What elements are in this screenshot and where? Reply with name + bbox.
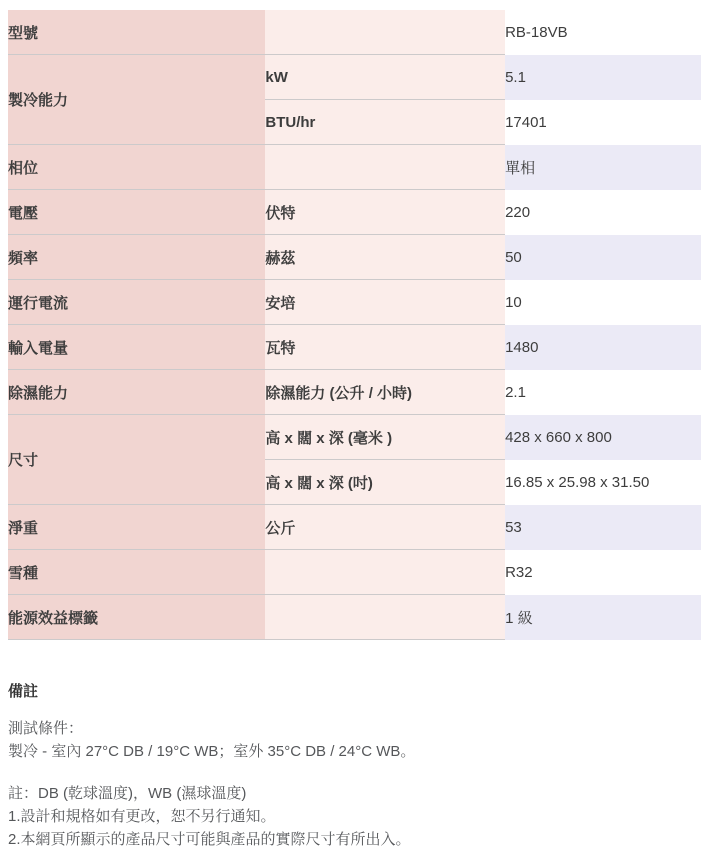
spec-value-refrigerant: R32 (505, 550, 701, 595)
spec-value-dimensions-mm: 428 x 660 x 800 (505, 415, 701, 460)
spec-row-voltage: 電壓 伏特 220 (8, 190, 701, 235)
spec-unit-btu: BTU/hr (265, 100, 505, 145)
spec-value-dimensions-inch: 16.85 x 25.98 x 31.50 (505, 460, 701, 505)
spec-label-cooling-capacity: 製冷能力 (8, 55, 265, 145)
spec-unit-hertz: 赫茲 (265, 235, 505, 280)
spec-row-running-current: 運行電流 安培 10 (8, 280, 701, 325)
spec-unit-phase (265, 145, 505, 190)
spec-value-voltage: 220 (505, 190, 701, 235)
spec-unit-dimensions-inch: 高 x 闊 x 深 (吋) (265, 460, 505, 505)
spec-row-frequency: 頻率 赫茲 50 (8, 235, 701, 280)
product-spec-page: 型號 RB-18VB 製冷能力 kW 5.1 BTU/hr 17401 相位 單… (0, 0, 717, 847)
notes-section: 備註 測試條件： 製冷 - 室內 27°C DB / 19°C WB；室外 35… (8, 680, 717, 847)
spec-value-power-input: 1480 (505, 325, 701, 370)
spec-row-refrigerant: 雪種 R32 (8, 550, 701, 595)
spec-row-model: 型號 RB-18VB (8, 10, 701, 55)
spec-unit-ampere: 安培 (265, 280, 505, 325)
spec-table: 型號 RB-18VB 製冷能力 kW 5.1 BTU/hr 17401 相位 單… (8, 10, 701, 640)
spec-value-cooling-kw: 5.1 (505, 55, 701, 100)
spec-label-energy-label: 能源效益標籤 (8, 595, 265, 640)
spec-unit-refrigerant (265, 550, 505, 595)
spec-unit-kw: kW (265, 55, 505, 100)
test-conditions-block: 測試條件： 製冷 - 室內 27°C DB / 19°C WB；室外 35°C … (8, 717, 717, 763)
remarks-block: 註：DB (乾球溫度)，WB (濕球溫度) 1.設計和規格如有更改，恕不另行通知… (8, 782, 717, 847)
spec-label-phase: 相位 (8, 145, 265, 190)
spec-row-cooling-capacity-kw: 製冷能力 kW 5.1 (8, 55, 701, 100)
test-conditions-detail: 製冷 - 室內 27°C DB / 19°C WB；室外 35°C DB / 2… (8, 740, 717, 763)
spec-value-frequency: 50 (505, 235, 701, 280)
spec-value-net-weight: 53 (505, 505, 701, 550)
spec-label-dehumidifying: 除濕能力 (8, 370, 265, 415)
spec-row-dehumidifying: 除濕能力 除濕能力 (公升 / 小時) 2.1 (8, 370, 701, 415)
spec-unit-litre-per-hour: 除濕能力 (公升 / 小時) (265, 370, 505, 415)
spec-label-voltage: 電壓 (8, 190, 265, 235)
spec-unit-dimensions-mm: 高 x 闊 x 深 (毫米 ) (265, 415, 505, 460)
spec-row-dimensions-mm: 尺寸 高 x 闊 x 深 (毫米 ) 428 x 660 x 800 (8, 415, 701, 460)
remark-dimensions-disclaimer: 2.本網頁所顯示的產品尺寸可能與產品的實際尺寸有所出入。 (8, 828, 717, 847)
test-conditions-heading: 測試條件： (8, 717, 717, 740)
remark-spec-change: 1.設計和規格如有更改，恕不另行通知。 (8, 805, 717, 828)
spec-value-running-current: 10 (505, 280, 701, 325)
spec-value-cooling-btu: 17401 (505, 100, 701, 145)
spec-unit-energy-label (265, 595, 505, 640)
spec-label-net-weight: 淨重 (8, 505, 265, 550)
spec-row-energy-label: 能源效益標籤 1 級 (8, 595, 701, 640)
spec-label-running-current: 運行電流 (8, 280, 265, 325)
spec-unit-model (265, 10, 505, 55)
notes-title: 備註 (8, 680, 717, 701)
spec-unit-kg: 公斤 (265, 505, 505, 550)
remark-db-wb: 註：DB (乾球溫度)，WB (濕球溫度) (8, 782, 717, 805)
spec-value-phase: 單相 (505, 145, 701, 190)
spec-row-power-input: 輸入電量 瓦特 1480 (8, 325, 701, 370)
spec-row-net-weight: 淨重 公斤 53 (8, 505, 701, 550)
spec-label-model: 型號 (8, 10, 265, 55)
spec-value-model: RB-18VB (505, 10, 701, 55)
spec-label-power-input: 輸入電量 (8, 325, 265, 370)
spec-unit-volts: 伏特 (265, 190, 505, 235)
spec-label-dimensions: 尺寸 (8, 415, 265, 505)
spec-label-refrigerant: 雪種 (8, 550, 265, 595)
spec-value-energy-label: 1 級 (505, 595, 701, 640)
spec-label-frequency: 頻率 (8, 235, 265, 280)
spec-unit-watt: 瓦特 (265, 325, 505, 370)
spec-row-phase: 相位 單相 (8, 145, 701, 190)
spec-value-dehumidifying: 2.1 (505, 370, 701, 415)
